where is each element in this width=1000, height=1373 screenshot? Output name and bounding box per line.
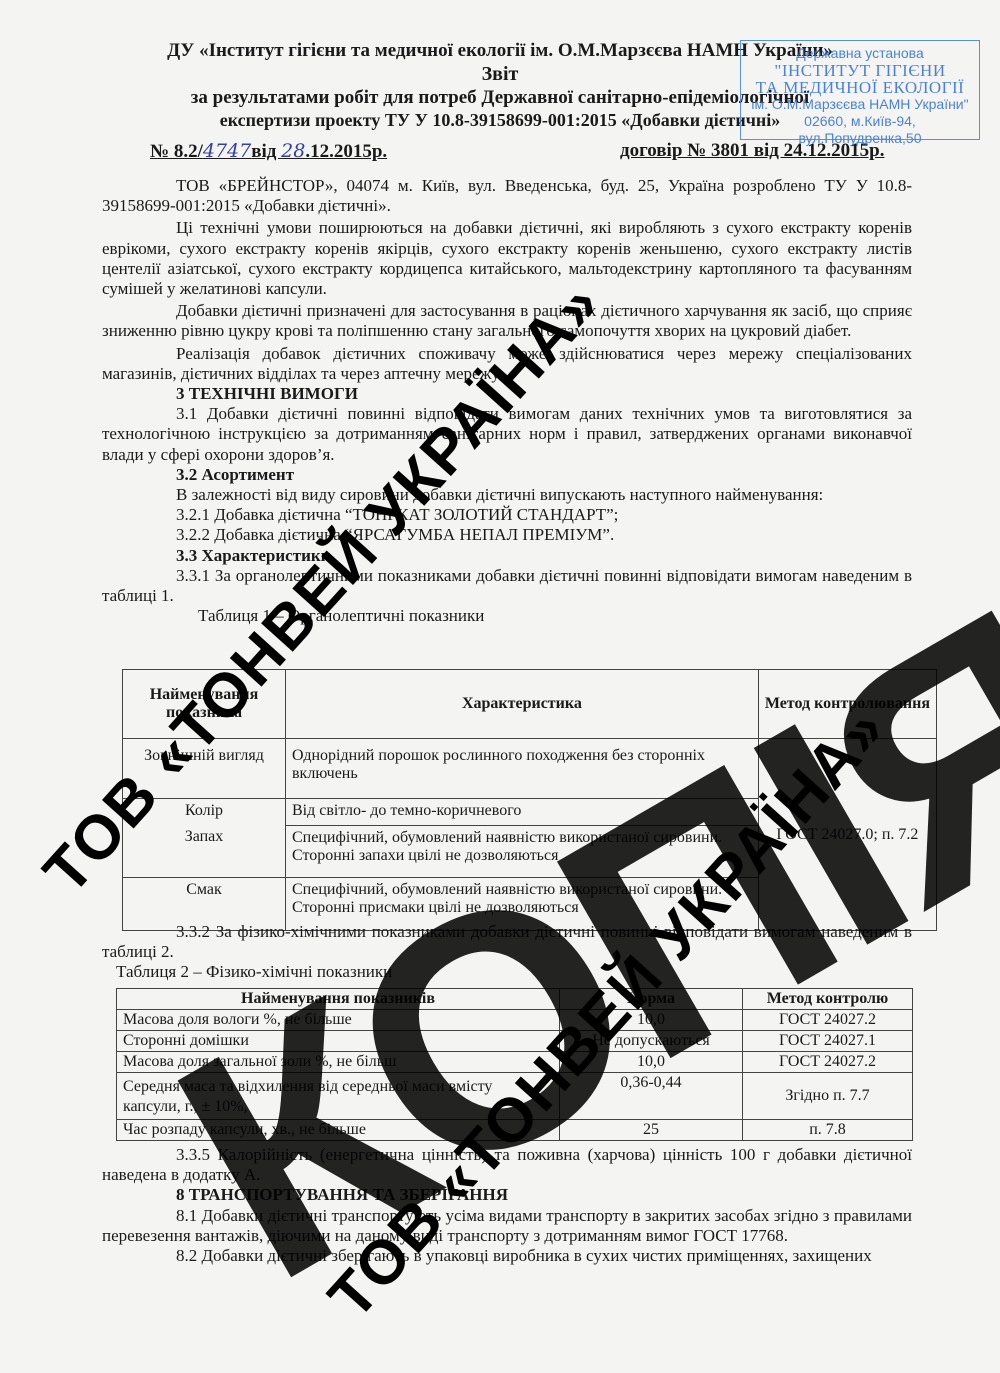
paragraph-8-2: 8.2 Добавки дієтичні зберігають в упаков…: [102, 1246, 912, 1266]
section-3-3-2: 3.3.2 За фізико-хімічними показниками до…: [102, 922, 912, 983]
institution-stamp: Державна установа "ІНСТИТУТ ГІГІЄНИ ТА М…: [740, 40, 980, 140]
intro-paragraph: Добавки дієтичні призначені для застосув…: [102, 301, 912, 341]
table-header: Характеристика: [286, 670, 759, 739]
subsection-heading: 3.2 Асортимент: [102, 465, 912, 485]
table-row: Середня маса та відхилення від середньої…: [117, 1073, 913, 1120]
intro-paragraph: Реалізація добавок дієтичних споживачу м…: [102, 344, 912, 384]
handwritten-number: 4747: [203, 140, 251, 162]
physico-chemical-table: Найменування показників Норма Метод конт…: [116, 988, 913, 1141]
table-header: Метод контролювання: [758, 670, 936, 739]
subsection-heading: 3.3 Характеристики: [102, 546, 912, 566]
table-caption: Таблиця 2 – Фізико-хімічні показники: [102, 962, 912, 982]
handwritten-day: 28: [281, 140, 305, 162]
table-header: Норма: [560, 989, 743, 1010]
paragraph-3-3-5: 3.3.5 Калорійність (енергетична цінність…: [102, 1145, 912, 1185]
table-row: Масова доля загальної золи %, не більш 1…: [117, 1052, 913, 1073]
closing-block: 3.3.5 Калорійність (енергетична цінність…: [102, 1145, 912, 1266]
product-item: 3.2.2 Добавка дієтична “ЯРСАГУМБА НЕПАЛ …: [102, 525, 912, 545]
paragraph-3-3-2: 3.3.2 За фізико-хімічними показниками до…: [102, 922, 912, 962]
table-row: Сторонні домішки Не допускаються ГОСТ 24…: [117, 1031, 913, 1052]
intro-paragraph: ТОВ «БРЕЙНСТОР», 04074 м. Київ, вул. Вве…: [102, 176, 912, 216]
paragraph-3-3-1: 3.3.1 За органолептичними показниками до…: [102, 566, 912, 606]
table-row: Час розпаду капсули, хв., не більше 25 п…: [117, 1120, 913, 1141]
table-header: Найменування показника: [123, 670, 286, 739]
section-heading: 8 ТРАНСПОРТУВАННЯ ТА ЗБЕРІГАННЯ: [102, 1185, 912, 1205]
table-row: Зовнішній вигляд Однорідний порошок росл…: [123, 739, 937, 799]
organoleptic-table: Найменування показника Характеристика Ме…: [122, 669, 937, 931]
intro-paragraph: Ці технічні умови поширюються на добавки…: [102, 218, 912, 299]
document-page: ДУ «Інститут гігієни та медичної екологі…: [0, 0, 1000, 1373]
table-header: Метод контролю: [743, 989, 913, 1010]
table-row: Масова доля вологи %, не більше 10,0 ГОС…: [117, 1010, 913, 1031]
report-number: № 8.2/4747від 28.12.2015р.: [150, 140, 387, 163]
method-cell: ГОСТ 24027.0; п. 7.2: [758, 739, 936, 931]
paragraph-8-1: 8.1 Добавки дієтичні транспортують усіма…: [102, 1206, 912, 1246]
section-heading: 3 ТЕХНІЧНІ ВИМОГИ: [102, 384, 912, 404]
table-header: Найменування показників: [117, 989, 560, 1010]
intro-block: ТОВ «БРЕЙНСТОР», 04074 м. Київ, вул. Вве…: [102, 176, 912, 626]
product-item: 3.2.1 Добавка дієтична “ТОНГКАТ ЗОЛОТИЙ …: [102, 505, 912, 525]
paragraph-3-1: 3.1 Добавки дієтичні повинні відповідати…: [102, 404, 912, 465]
paragraph-3-2: В залежності від виду сировини добавки д…: [102, 485, 912, 505]
table-caption: Таблиця 1 – Органолептичні показники: [102, 606, 912, 626]
